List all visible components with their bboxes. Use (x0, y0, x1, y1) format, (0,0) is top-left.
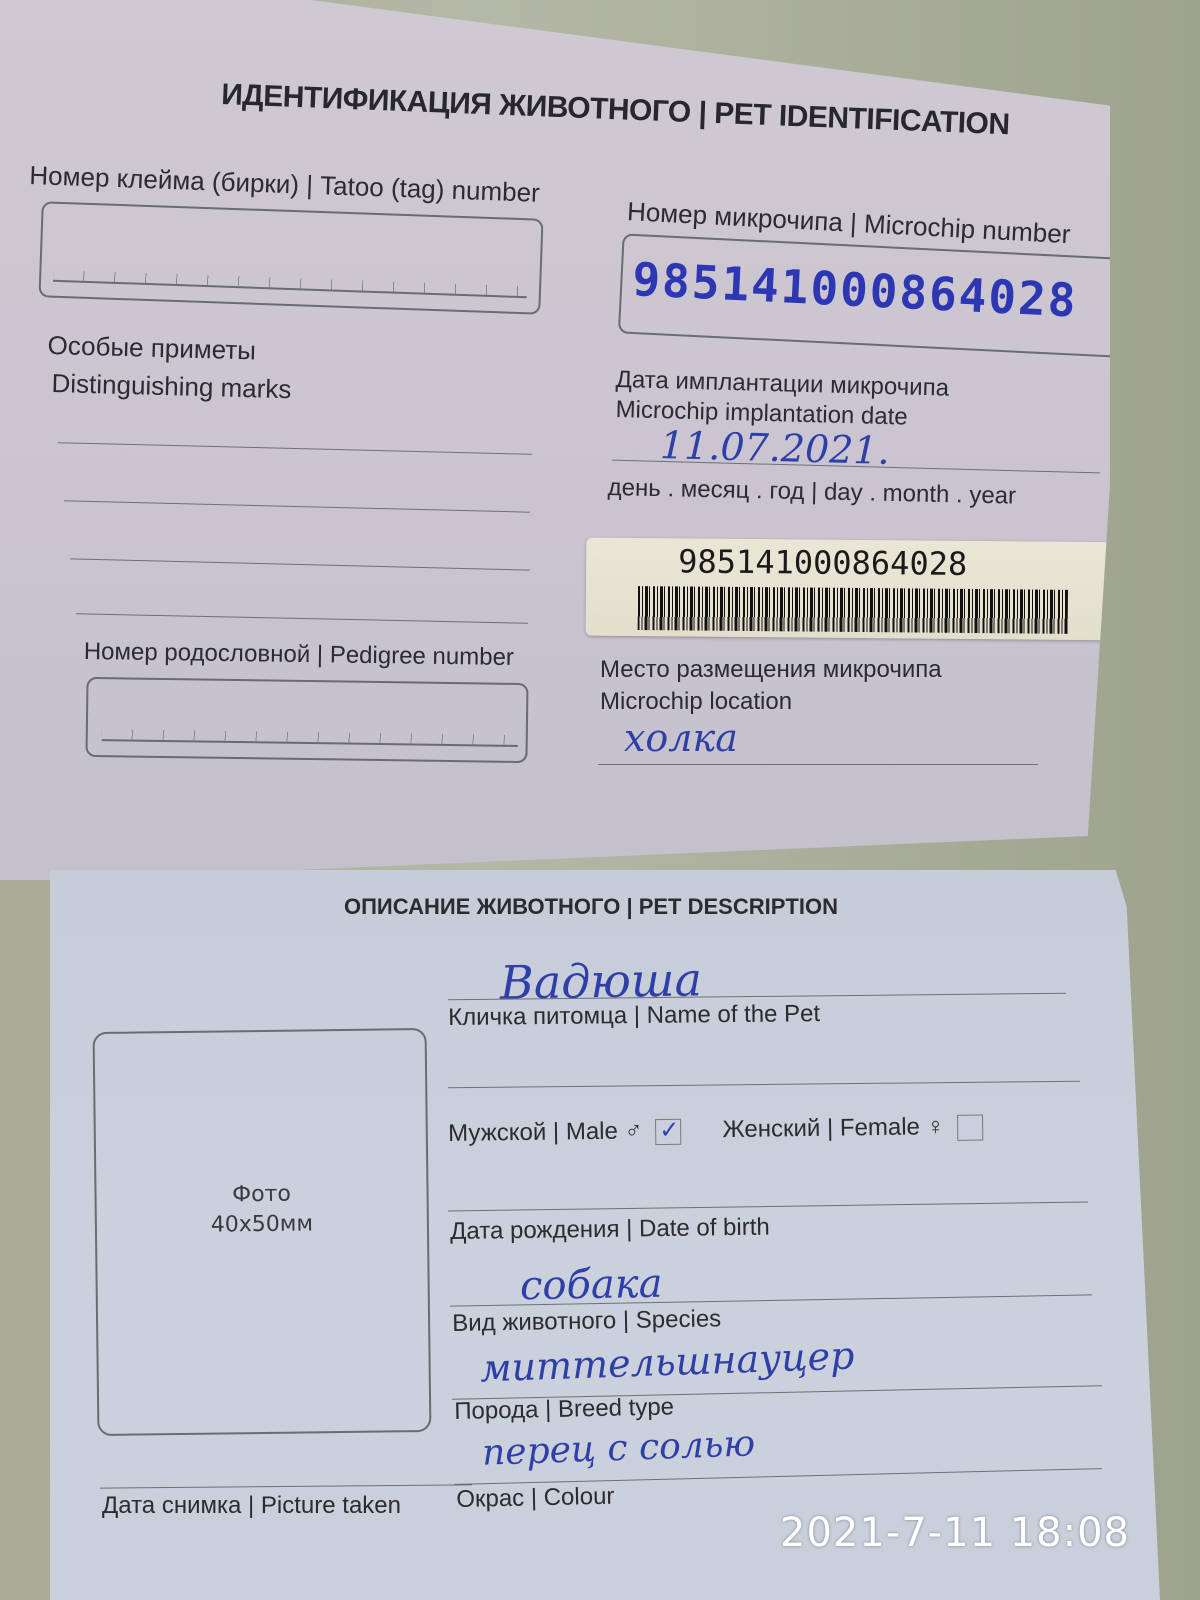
check-icon: ✓ (659, 1115, 680, 1144)
pet-name-label: Кличка питомца | Name of the Pet (448, 1000, 820, 1032)
identification-title: ИДЕНТИФИКАЦИЯ ЖИВОТНОГО | PET IDENTIFICA… (221, 78, 1010, 142)
microchip-value: 985141000864028 (631, 252, 1079, 328)
marks-line-1[interactable] (58, 442, 532, 455)
barcode-icon (638, 586, 1068, 634)
tattoo-label: Номер клейма (бирки) | Tatoo (tag) numbe… (29, 160, 540, 209)
marks-line-2[interactable] (64, 500, 530, 512)
birth-date-line[interactable] (448, 1202, 1088, 1212)
species-label: Вид животного | Species (452, 1305, 721, 1338)
pedigree-label: Номер родословной | Pedigree number (84, 638, 514, 672)
female-label: Женский | Female ♀ (722, 1113, 944, 1143)
marks-label-ru: Особые приметы (47, 330, 256, 366)
chip-location-line[interactable] (598, 764, 1038, 765)
photo-timestamp: 2021-7-11 18:08 (780, 1510, 1130, 1556)
marks-label-en: Distinguishing marks (51, 368, 292, 405)
sex-row: Мужской | Male ♂ ✓ Женский | Female ♀ (448, 1113, 983, 1148)
breed-label: Порода | Breed type (454, 1393, 674, 1426)
implant-date-format: день . месяц . год | day . month . year (607, 474, 1016, 511)
photo-placeholder[interactable]: Фото 40x50мм (93, 1028, 432, 1436)
sex-line (448, 1081, 1080, 1089)
photo-size: 40x50мм (97, 1210, 427, 1239)
female-checkbox[interactable] (957, 1114, 983, 1140)
photo-date-label: Дата снимка | Picture taken (102, 1492, 401, 1520)
tattoo-field[interactable] (38, 201, 543, 314)
chip-location-value: холка (624, 716, 738, 760)
photo-date-line[interactable] (100, 1484, 472, 1488)
breed-value: миттельшнауцер (479, 1333, 855, 1390)
pedigree-field[interactable] (85, 677, 528, 763)
chip-location-label-en: Microchip location (600, 688, 792, 716)
sticker-number: 985141000864028 (678, 542, 967, 583)
description-page: ОПИСАНИЕ ЖИВОТНОГО | PET DESCRIPTION Фот… (50, 870, 1160, 1600)
birth-date-label: Дата рождения | Date of birth (450, 1214, 770, 1246)
male-label: Мужской | Male ♂ (448, 1117, 643, 1147)
chip-location-label-ru: Место размещения микрочипа (600, 656, 942, 684)
colour-value: перец с солью (481, 1423, 755, 1474)
colour-label: Окрас | Colour (456, 1483, 615, 1514)
microchip-field[interactable]: 985141000864028 (618, 233, 1142, 358)
microchip-barcode-sticker: 985141000864028 (586, 538, 1135, 641)
photo-label: Фото (96, 1180, 426, 1209)
description-title: ОПИСАНИЕ ЖИВОТНОГО | PET DESCRIPTION (344, 894, 838, 920)
marks-line-4[interactable] (76, 613, 528, 623)
identification-page: ИДЕНТИФИКАЦИЯ ЖИВОТНОГО | PET IDENTIFICA… (0, 0, 1110, 880)
marks-line-3[interactable] (70, 558, 530, 570)
male-checkbox[interactable]: ✓ (655, 1118, 681, 1144)
